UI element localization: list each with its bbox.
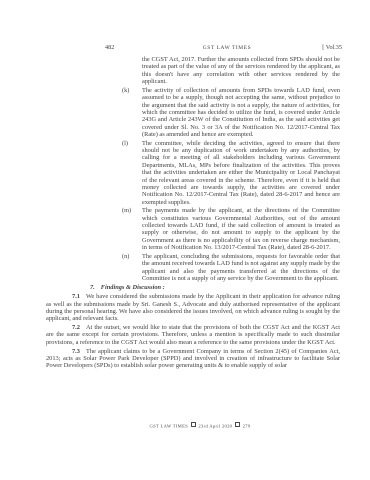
list-item-label: (k)	[122, 87, 142, 138]
paragraph-text: The applicant claims to be a Government …	[46, 348, 340, 370]
list-item-m: (m) The payments made by the applicant, …	[122, 207, 340, 251]
page-footer: GST LAW TIMES23rd April 2020279	[100, 422, 300, 428]
list-item-text: The applicant, concluding the submission…	[142, 253, 340, 282]
list-item-label: (l)	[122, 140, 142, 206]
paragraph-text: We have considered the submissions made …	[46, 293, 340, 322]
list-item-text: The committee, while deciding the activi…	[142, 140, 340, 206]
footer-date: 23rd April 2020	[198, 423, 232, 428]
section-title: Findings & Discussion :	[101, 284, 165, 291]
paragraph-7-2: 7.2At the outset, we would like to state…	[46, 324, 340, 346]
body-text: the CGST Act, 2017. Further the amounts …	[46, 56, 340, 370]
box-separator-icon	[235, 422, 240, 427]
page-header: 482 GST LAW TIMES [ Vol.35	[0, 44, 370, 54]
list-item-k: (k) The activity of collection of amount…	[122, 87, 340, 138]
footer-journal-title: GST LAW TIMES	[150, 423, 189, 428]
list-item-n: (n) The applicant, concluding the submis…	[122, 253, 340, 282]
journal-title: GST LAW TIMES	[157, 45, 297, 51]
list-item-text: The payments made by the applicant, at t…	[142, 207, 340, 251]
section-number: 7.	[90, 284, 95, 291]
paragraph-number: 7.1	[72, 293, 80, 300]
list-item-l: (l) The committee, while deciding the ac…	[122, 140, 340, 206]
paragraph-number: 7.3	[72, 348, 80, 355]
paragraph-7-1: 7.1We have considered the submissions ma…	[46, 293, 340, 322]
box-separator-icon	[191, 422, 196, 427]
list-item-label: (m)	[122, 207, 142, 251]
footer-page-number: 279	[243, 423, 251, 428]
journal-page: 482 GST LAW TIMES [ Vol.35 the CGST Act,…	[0, 0, 370, 480]
list-item-text: The activity of collection of amounts fr…	[142, 87, 340, 138]
paragraph-text: At the outset, we would like to state th…	[46, 324, 340, 346]
page-number: 482	[105, 44, 114, 51]
paragraph-7-3: 7.3The applicant claims to be a Governme…	[46, 348, 340, 370]
paragraph-number: 7.2	[72, 324, 80, 331]
section-heading: 7.Findings & Discussion :	[90, 284, 340, 291]
volume-label: [ Vol.35	[322, 44, 342, 51]
continuation-paragraph: the CGST Act, 2017. Further the amounts …	[142, 56, 340, 85]
list-item-label: (n)	[122, 253, 142, 282]
